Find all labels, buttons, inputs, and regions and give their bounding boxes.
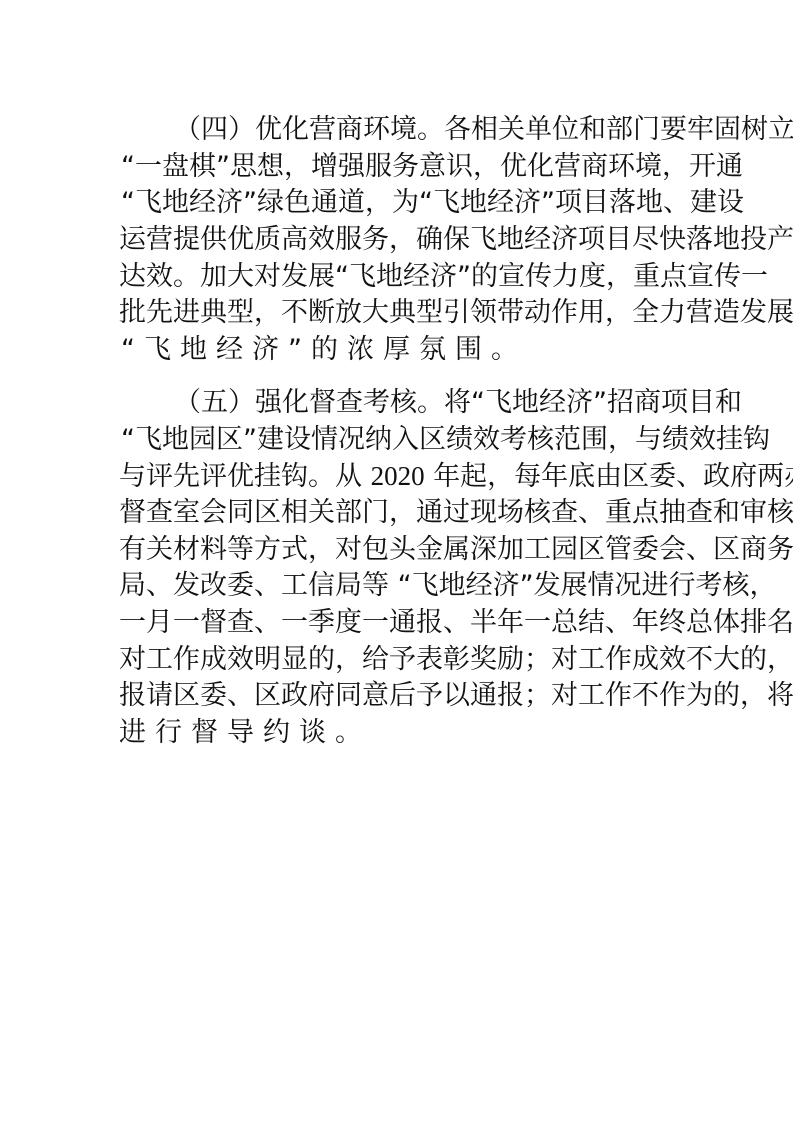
paragraph-5-line-3: 与评先评优挂钩。从 2020 年起，每年底由区委、政府两办 [119,459,674,493]
paragraph-4-line-1: （四）优化营商环境。各相关单位和部门要牢固树立 [174,113,674,147]
paragraph-4-line-4: 运营提供优质高效服务，确保飞地经济项目尽快落地投产 [119,223,674,257]
line-3-part-b: 年起，每年底由区委、政府两办 [433,461,793,492]
paragraph-5-line-6: 局、发改委、工信局等 “飞地经济”发展情况进行考核， [119,569,674,603]
paragraph-5-line-8: 对工作成效明显的，给予表彰奖励；对工作成效不大的， [119,643,674,677]
paragraph-5-line-5: 有关材料等方式，对包头金属深加工园区管委会、区商务 [119,533,674,567]
paragraph-4-line-5: 达效。加大对发展“飞地经济”的宣传力度，重点宣传一 [119,260,674,294]
paragraph-4-line-6: 批先进典型，不断放大典型引领带动作用，全力营造发展 [119,296,674,330]
paragraph-4-line-2: “一盘棋”思想，增强服务意识，优化营商环境，开通 [121,150,674,184]
paragraph-5-line-1: （五）强化督查考核。将“飞地经济”招商项目和 [174,386,674,420]
paragraph-4-line-7: “飞地经济”的浓厚氛围。 [121,333,674,367]
paragraph-5-line-4: 督查室会同区相关部门，通过现场核查、重点抽查和审核 [119,496,674,530]
paragraph-5-line-2: “飞地园区”建设情况纳入区绩效考核范围，与绩效挂钩 [121,423,674,457]
year-number: 2020 [371,461,425,491]
document-page: （四）优化营商环境。各相关单位和部门要牢固树立 “一盘棋”思想，增强服务意识，优… [0,0,793,1122]
paragraph-5-line-10: 进行督导约谈。 [119,716,674,750]
paragraph-5-line-9: 报请区委、区政府同意后予以通报；对工作不作为的，将 [119,679,674,713]
line-3-part-a: 与评先评优挂钩。从 [119,461,362,492]
paragraph-4-line-3: “飞地经济”绿色通道，为“飞地经济”项目落地、建设 [121,186,674,220]
paragraph-5-line-7: 一月一督查、一季度一通报、半年一总结、年终总体排名 [119,606,674,640]
